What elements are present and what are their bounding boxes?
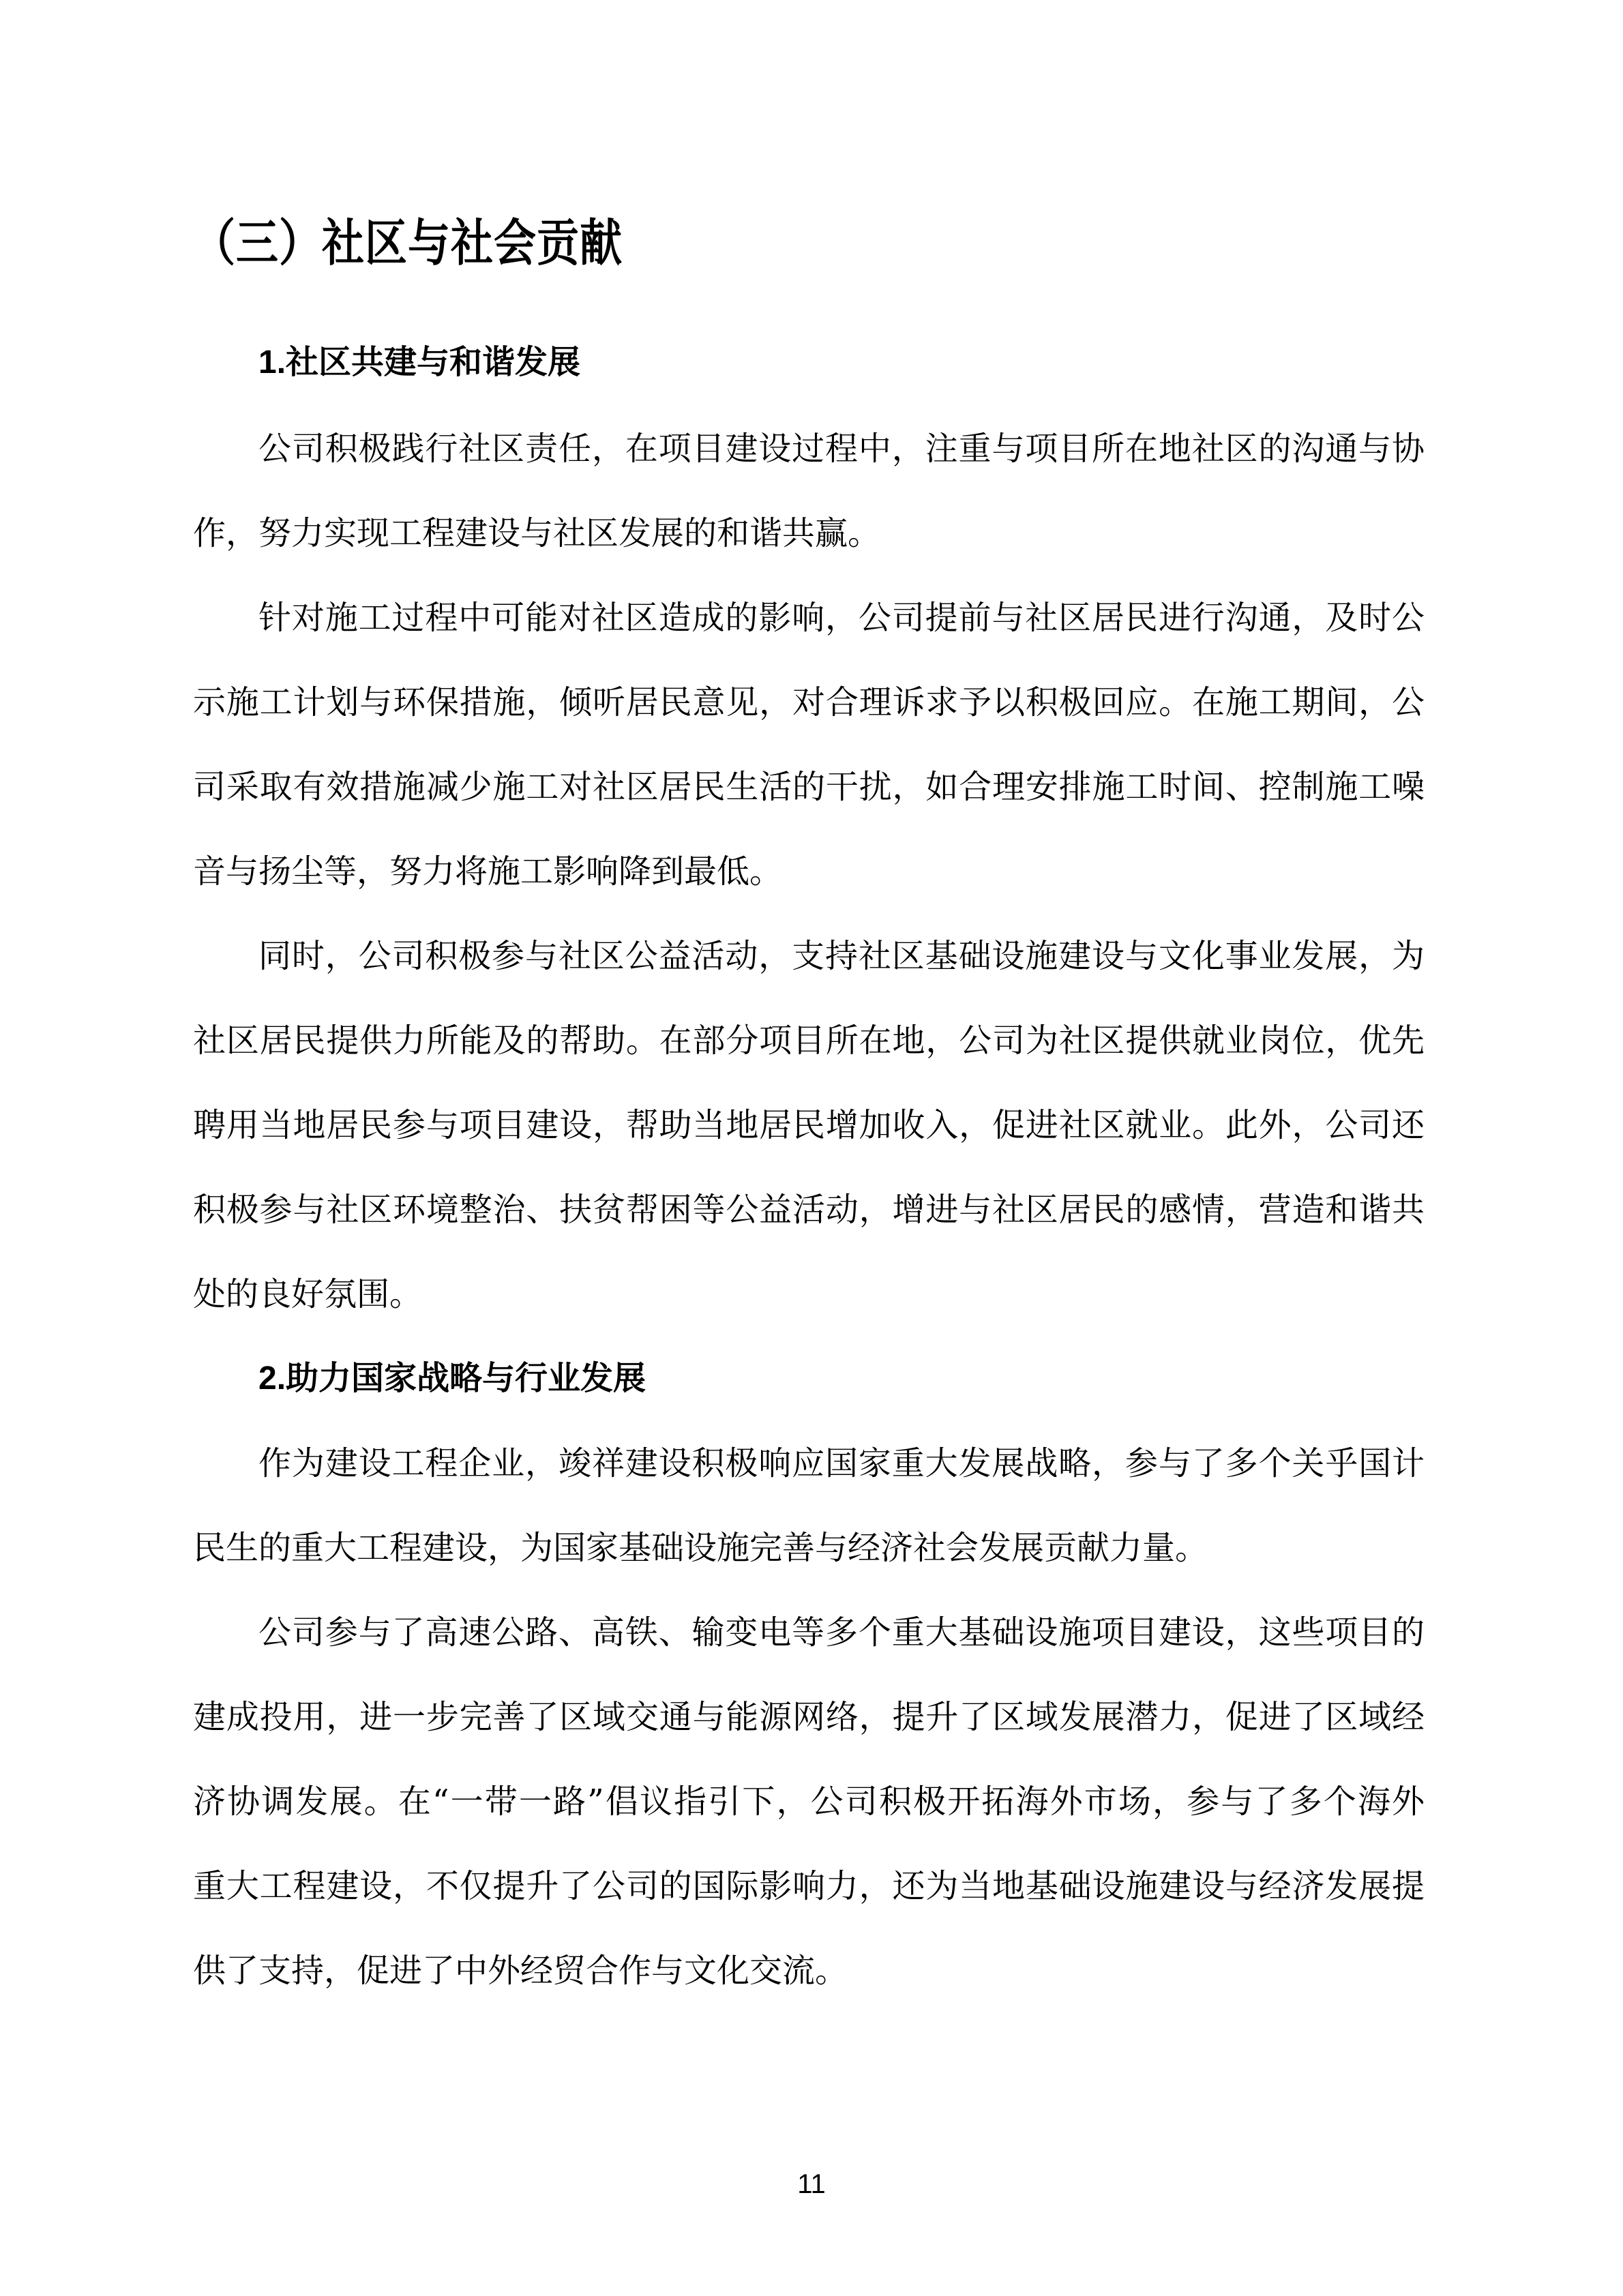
body-line: 作为建设工程企业，竣祥建设积极响应国家重大发展战略，参与了多个关乎国计 xyxy=(193,1421,1425,1506)
page-number: 11 xyxy=(0,2167,1623,2201)
body-line: 司采取有效措施减少施工对社区居民生活的干扰，如合理安排施工时间、控制施工噪 xyxy=(193,745,1425,829)
paragraph: 公司积极践行社区责任，在项目建设过程中，注重与项目所在地社区的沟通与协 作，努力… xyxy=(193,406,1425,576)
body-line: 公司参与了高速公路、高铁、输变电等多个重大基础设施项目建设，这些项目的 xyxy=(193,1590,1425,1675)
paragraph: 针对施工过程中可能对社区造成的影响，公司提前与社区居民进行沟通，及时公 示施工计… xyxy=(193,576,1425,914)
body-line: 建成投用，进一步完善了区域交通与能源网络，提升了区域发展潜力，促进了区域经 xyxy=(193,1675,1425,1759)
body-line: 重大工程建设，不仅提升了公司的国际影响力，还为当地基础设施建设与经济发展提 xyxy=(193,1844,1425,1928)
body-line: 民生的重大工程建设，为国家基础设施完善与经济社会发展贡献力量。 xyxy=(193,1506,1425,1590)
body-line: 音与扬尘等，努力将施工影响降到最低。 xyxy=(193,829,1425,914)
body-line: 供了支持，促进了中外经贸合作与文化交流。 xyxy=(193,1928,1425,2013)
paragraph: 公司参与了高速公路、高铁、输变电等多个重大基础设施项目建设，这些项目的 建成投用… xyxy=(193,1590,1425,2013)
body-line: 公司积极践行社区责任，在项目建设过程中，注重与项目所在地社区的沟通与协 xyxy=(193,406,1425,491)
subsection-title-2: 2.助力国家战略与行业发展 xyxy=(193,1337,1425,1421)
body-line: 处的良好氛围。 xyxy=(193,1252,1425,1337)
section-heading: （三）社区与社会贡献 xyxy=(193,194,1425,294)
body-line: 聘用当地居民参与项目建设，帮助当地居民增加收入，促进社区就业。此外，公司还 xyxy=(193,1083,1425,1167)
body-line: 社区居民提供力所能及的帮助。在部分项目所在地，公司为社区提供就业岗位，优先 xyxy=(193,998,1425,1083)
body-line: 示施工计划与环保措施，倾听居民意见，对合理诉求予以积极回应。在施工期间，公 xyxy=(193,660,1425,745)
paragraph: 同时，公司积极参与社区公益活动，支持社区基础设施建设与文化事业发展，为 社区居民… xyxy=(193,914,1425,1337)
body-line: 济协调发展。在“一带一路”倡议指引下，公司积极开拓海外市场，参与了多个海外 xyxy=(193,1759,1425,1844)
body-line: 积极参与社区环境整治、扶贫帮困等公益活动，增进与社区居民的感情，营造和谐共 xyxy=(193,1167,1425,1252)
body-line: 同时，公司积极参与社区公益活动，支持社区基础设施建设与文化事业发展，为 xyxy=(193,914,1425,998)
paragraph: 作为建设工程企业，竣祥建设积极响应国家重大发展战略，参与了多个关乎国计 民生的重… xyxy=(193,1421,1425,1590)
body-line: 针对施工过程中可能对社区造成的影响，公司提前与社区居民进行沟通，及时公 xyxy=(193,576,1425,660)
subsection-title-1: 1.社区共建与和谐发展 xyxy=(193,320,1425,405)
document-page: （三）社区与社会贡献 1.社区共建与和谐发展 公司积极践行社区责任，在项目建设过… xyxy=(0,0,1623,2296)
body-line: 作，努力实现工程建设与社区发展的和谐共赢。 xyxy=(193,491,1425,576)
